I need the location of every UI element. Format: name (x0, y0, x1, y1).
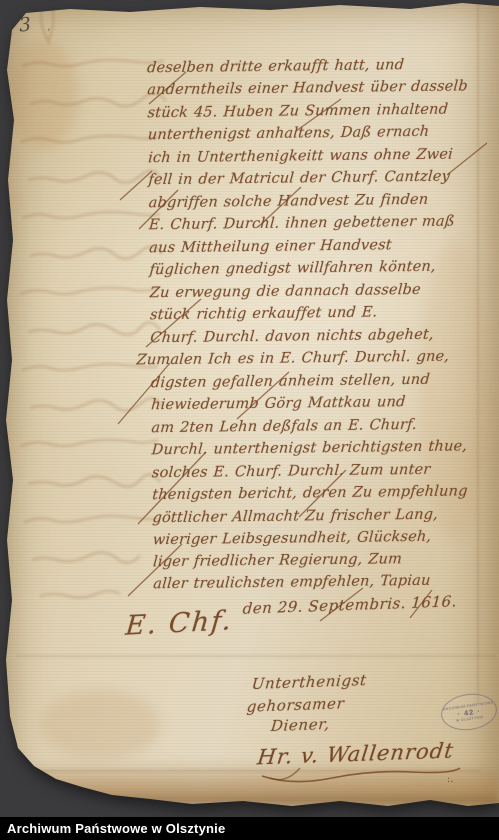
manuscript-line: ich in Unterthenigkeitt wans ohne Zwei (147, 144, 484, 168)
manuscript-paper: 3 ’ deselben dritte erkaufft hatt, und a… (0, 0, 499, 810)
closing-line: Diener, (270, 715, 331, 735)
manuscript-line: füglichen gnedigst willfahren könten, (149, 256, 486, 280)
manuscript-line: am 2ten Lehn deßfals an E. Churf. (151, 414, 488, 438)
manuscript-line: aus Mittheilung einer Handvest (148, 234, 485, 258)
manuscript-line: anderntheils einer Handvest über dasselb (147, 76, 484, 100)
manuscript-line: göttlicher Allmacht Zu frischer Lang, (152, 504, 489, 528)
manuscript-line: deselben dritte erkaufft hatt, und (146, 54, 483, 78)
manuscript-line: unterthenigst anhaltens, Daß ernach (147, 121, 484, 145)
manuscript-line: hiewiederumb Görg Mattkau und (150, 391, 487, 415)
manuscript-line: digsten gefallen anheim stellen, und (150, 369, 487, 393)
manuscript-line: Churf. Durchl. davon nichts abgehet, (150, 324, 487, 348)
manuscript-line: aller treulichsten empfehlen, Tapiau (153, 570, 490, 594)
manuscript-line: liger friedlicher Regierung, Zum (152, 548, 489, 572)
manuscript-line: Durchl. unterthenigst berichtigsten thue… (151, 436, 488, 460)
manuscript-line: wieriger Leibsgesundheit, Glückseh, (152, 526, 489, 550)
margin-abbreviation: E. Chf. (124, 605, 234, 642)
manuscript-line: solches E. Churf. Durchl. Zum unter (151, 459, 488, 483)
manuscript-line: abgriffen solche Handvest Zu finden (148, 189, 485, 213)
archive-name-label: Archiwum Państwowe w Olsztynie (0, 821, 225, 836)
manuscript-line: fell in der Matricul der Churf. Cantzley (148, 166, 485, 190)
manuscript-line: Zu erwegung die dannach dasselbe (149, 279, 486, 303)
manuscript-page-wrapper: 3 ’ deselben dritte erkaufft hatt, und a… (0, 0, 499, 840)
manuscript-line: stück 45. Huben Zu Summen inhaltend (147, 99, 484, 123)
manuscript-line: thenigsten bericht, deren Zu empfehlung (151, 481, 488, 505)
caption-bar: Archiwum Państwowe w Olsztynie (0, 817, 499, 840)
manuscript-text-block: deselben dritte erkaufft hatt, und ander… (0, 0, 499, 813)
archive-scan-viewer: 3 ’ deselben dritte erkaufft hatt, und a… (0, 0, 499, 840)
manuscript-line: Zumalen Ich es in E. Churf. Durchl. gne, (136, 346, 473, 370)
closing-line: gehorsamer (246, 694, 345, 715)
manuscript-line: E. Churf. Durchl. ihnen gebettener maß (148, 211, 485, 235)
manuscript-line: stück richtig erkauffet und E. (149, 301, 486, 325)
signature-ink-mark: :. (447, 774, 454, 785)
